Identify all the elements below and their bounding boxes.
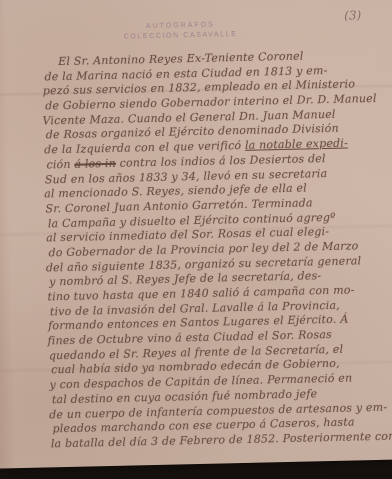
photo-backdrop: Autografos Coleccion Casavalle (3) El Sr… (0, 0, 392, 479)
collection-stamp: Autografos Coleccion Casavalle (95, 20, 265, 41)
manuscript-text: El Sr. Antonino Reyes Ex-Teniente Corone… (42, 48, 387, 452)
handwritten-text: ción (46, 158, 74, 172)
manuscript-paper: Autografos Coleccion Casavalle (3) El Sr… (0, 0, 392, 469)
collection-stamp-line2: Coleccion Casavalle (96, 30, 266, 41)
struck-text: á los in (74, 157, 116, 171)
page-number: (3) (344, 8, 361, 22)
underlined-text: la notable expedi- (245, 137, 348, 152)
collection-stamp-line1: Autografos (95, 20, 265, 31)
